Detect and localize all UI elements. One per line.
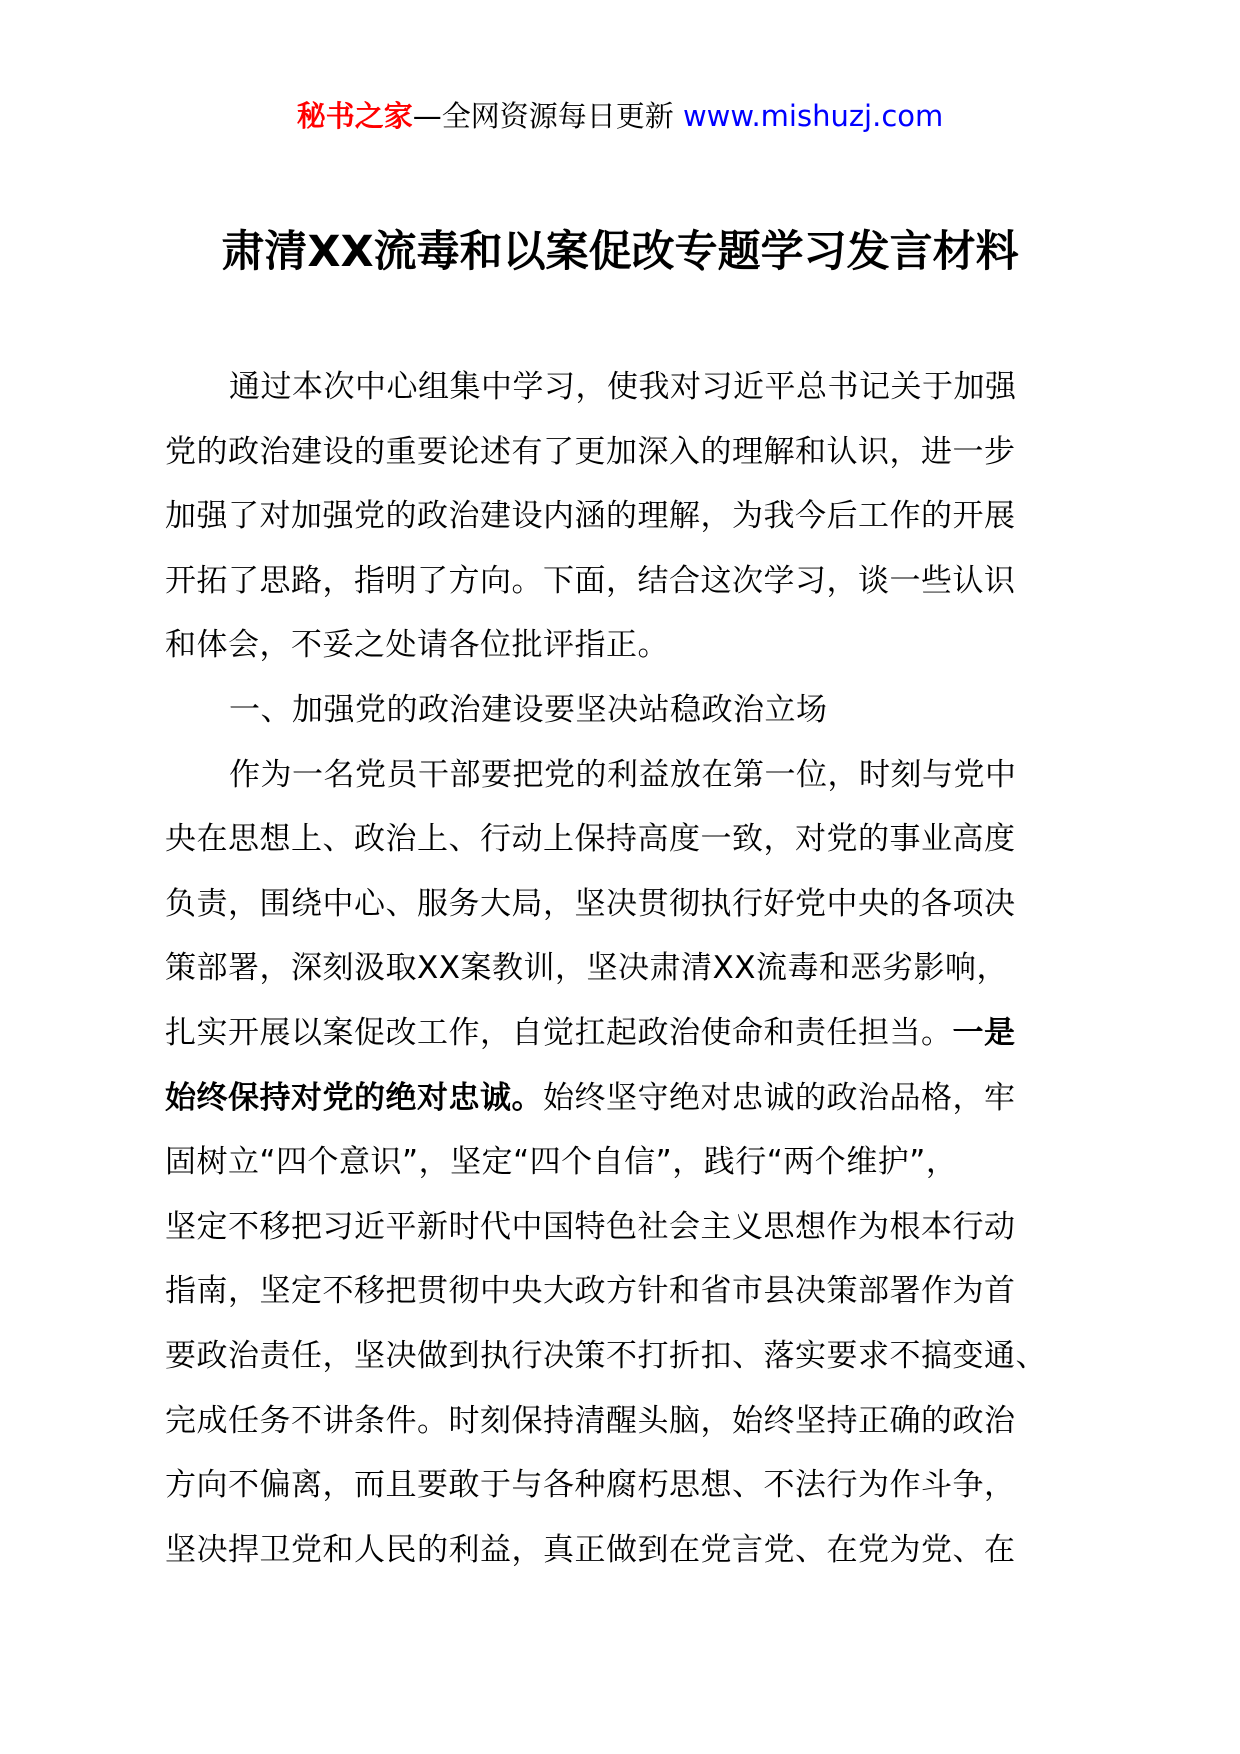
document-title: 肃清XX流毒和以案促改专题学习发言材料: [0, 224, 1240, 280]
paragraph-line: 坚定不移把习近平新时代中国特色社会主义思想作为根本行动: [165, 1195, 1075, 1260]
paragraph-line: 始终保持对党的绝对忠诚。始终坚守绝对忠诚的政治品格，牢: [165, 1066, 1075, 1131]
paragraph-line: 和体会，不妥之处请各位批评指正。: [165, 613, 1075, 678]
section-heading: 一、加强党的政治建设要坚决站稳政治立场: [165, 678, 1075, 743]
document-body: 通过本次中心组集中学习，使我对习近平总书记关于加强 党的政治建设的重要论述有了更…: [165, 355, 1075, 1582]
paragraph-line: 坚决捍卫党和人民的利益，真正做到在党言党、在党为党、在: [165, 1518, 1075, 1583]
paragraph-line: 开拓了思路，指明了方向。下面，结合这次学习，谈一些认识: [165, 549, 1075, 614]
paragraph-line: 策部署，深刻汲取XX案教训，坚决肃清XX流毒和恶劣影响，: [165, 936, 1075, 1001]
paragraph-line: 党的政治建设的重要论述有了更加深入的理解和认识，进一步: [165, 420, 1075, 485]
line-text: 扎实开展以案促改工作，自觉扛起政治使命和责任担当。: [165, 1015, 953, 1051]
line-text: 始终坚守绝对忠诚的政治品格，牢: [543, 1080, 1016, 1116]
paragraph-line: 固树立“四个意识”，坚定“四个自信”，践行“两个维护”，: [165, 1130, 1075, 1195]
site-slogan: —全网资源每日更新: [413, 99, 674, 133]
bold-lead-text: 一是: [953, 1015, 1016, 1051]
paragraph-line: 通过本次中心组集中学习，使我对习近平总书记关于加强: [165, 355, 1075, 420]
paragraph-line: 指南，坚定不移把贯彻中央大政方针和省市县决策部署作为首: [165, 1259, 1075, 1324]
document-page: 秘书之家—全网资源每日更新 www.mishuzj.com 肃清XX流毒和以案促…: [0, 0, 1240, 1754]
paragraph-line: 要政治责任，坚决做到执行决策不打折扣、落实要求不搞变通、: [165, 1324, 1075, 1389]
paragraph-line: 央在思想上、政治上、行动上保持高度一致，对党的事业高度: [165, 807, 1075, 872]
paragraph-line: 完成任务不讲条件。时刻保持清醒头脑，始终坚持正确的政治: [165, 1389, 1075, 1454]
paragraph-line: 扎实开展以案促改工作，自觉扛起政治使命和责任担当。一是: [165, 1001, 1075, 1066]
site-header: 秘书之家—全网资源每日更新 www.mishuzj.com: [0, 96, 1240, 136]
paragraph-line: 加强了对加强党的政治建设内涵的理解，为我今后工作的开展: [165, 484, 1075, 549]
site-name: 秘书之家: [297, 99, 413, 133]
site-url-link[interactable]: www.mishuzj.com: [683, 99, 943, 133]
bold-lead-text: 始终保持对党的绝对忠诚。: [165, 1080, 543, 1116]
paragraph-line: 作为一名党员干部要把党的利益放在第一位，时刻与党中: [165, 743, 1075, 808]
paragraph-line: 方向不偏离，而且要敢于与各种腐朽思想、不法行为作斗争，: [165, 1453, 1075, 1518]
paragraph-line: 负责，围绕中心、服务大局，坚决贯彻执行好党中央的各项决: [165, 872, 1075, 937]
